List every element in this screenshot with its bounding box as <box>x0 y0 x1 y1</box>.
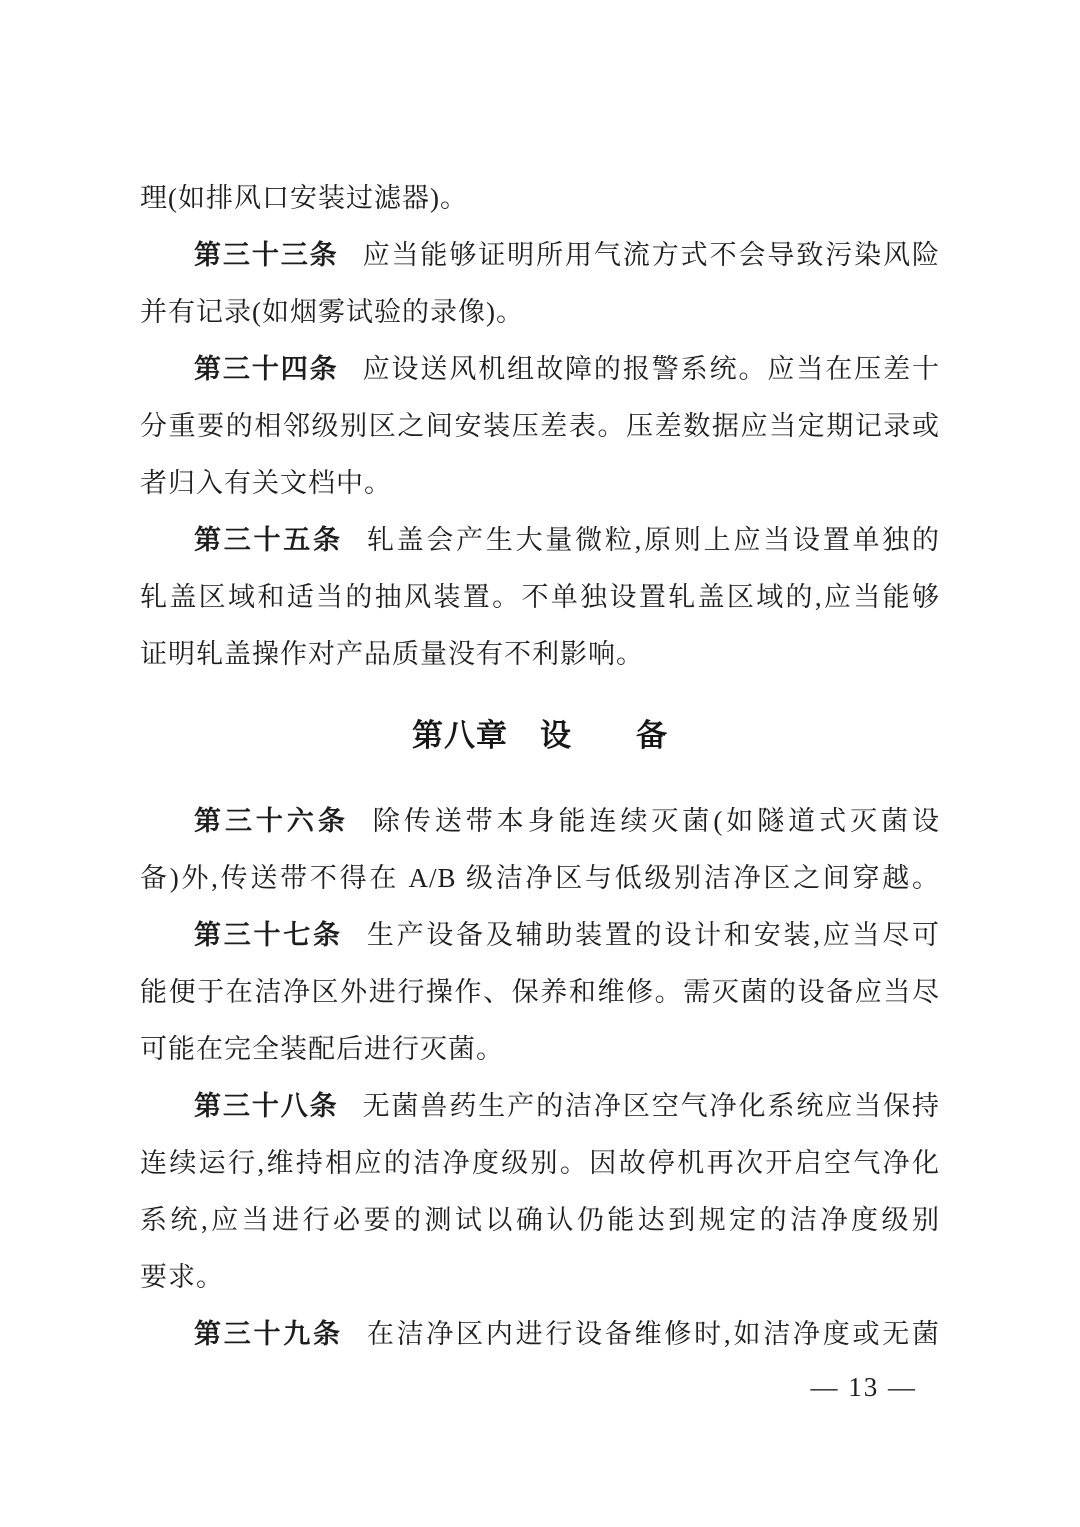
text-line: 要求。 <box>140 1249 940 1306</box>
article-number: 第三十九条 <box>194 1319 343 1349</box>
line-text: 除传送带本身能连续灭菌(如隧道式灭菌设 <box>373 806 940 836</box>
document-page: 理(如排风口安装过滤器)。 第三十三条应当能够证明所用气流方式不会导致污染风险 … <box>0 0 1080 1527</box>
article-37-paragraph: 第三十七条生产设备及辅助装置的设计和安装,应当尽可 能便于在洁净区外进行操作、保… <box>140 907 940 1078</box>
text-line: 第三十九条在洁净区内进行设备维修时,如洁净度或无菌 <box>140 1306 940 1363</box>
article-39-paragraph: 第三十九条在洁净区内进行设备维修时,如洁净度或无菌 <box>140 1306 940 1363</box>
text-line: 系统,应当进行必要的测试以确认仍能达到规定的洁净度级别 <box>140 1192 940 1249</box>
article-38-paragraph: 第三十八条无菌兽药生产的洁净区空气净化系统应当保持 连续运行,维持相应的洁净度级… <box>140 1078 940 1306</box>
text-line: 连续运行,维持相应的洁净度级别。因故停机再次开启空气净化 <box>140 1135 940 1192</box>
text-line: 证明轧盖操作对产品质量没有不利影响。 <box>140 626 940 683</box>
line-text: 应设送风机组故障的报警系统。应当在压差十 <box>363 354 940 384</box>
text-line: 第三十三条应当能够证明所用气流方式不会导致污染风险 <box>140 227 940 284</box>
paragraph-continuation: 理(如排风口安装过滤器)。 <box>140 170 940 227</box>
text-line: 第三十五条轧盖会产生大量微粒,原则上应当设置单独的 <box>140 512 940 569</box>
article-number: 第三十三条 <box>194 240 339 270</box>
text-line: 第三十八条无菌兽药生产的洁净区空气净化系统应当保持 <box>140 1078 940 1135</box>
chapter-heading: 第八章 设 备 <box>140 707 940 764</box>
page-number-footer: — 13 — <box>811 1372 918 1403</box>
text-line: 备)外,传送带不得在 A/B 级洁净区与低级别洁净区之间穿越。 <box>140 850 940 907</box>
article-36-paragraph: 第三十六条除传送带本身能连续灭菌(如隧道式灭菌设 备)外,传送带不得在 A/B … <box>140 793 940 907</box>
line-text: 应当能够证明所用气流方式不会导致污染风险 <box>363 240 940 270</box>
article-number: 第三十六条 <box>194 806 349 836</box>
text-line: 可能在完全装配后进行灭菌。 <box>140 1021 940 1078</box>
article-number: 第三十五条 <box>194 525 343 555</box>
text-line: 第三十七条生产设备及辅助装置的设计和安装,应当尽可 <box>140 907 940 964</box>
article-number: 第三十八条 <box>194 1091 339 1121</box>
article-34-paragraph: 第三十四条应设送风机组故障的报警系统。应当在压差十 分重要的相邻级别区之间安装压… <box>140 341 940 512</box>
text-line: 者归入有关文档中。 <box>140 455 940 512</box>
line-text: 生产设备及辅助装置的设计和安装,应当尽可 <box>367 920 940 950</box>
article-35-paragraph: 第三十五条轧盖会产生大量微粒,原则上应当设置单独的 轧盖区域和适当的抽风装置。不… <box>140 512 940 683</box>
article-33-paragraph: 第三十三条应当能够证明所用气流方式不会导致污染风险 并有记录(如烟雾试验的录像)… <box>140 227 940 341</box>
article-number: 第三十四条 <box>194 354 339 384</box>
line-text: 轧盖会产生大量微粒,原则上应当设置单独的 <box>367 525 940 555</box>
line-text: 无菌兽药生产的洁净区空气净化系统应当保持 <box>363 1091 940 1121</box>
article-number: 第三十七条 <box>194 920 343 950</box>
text-line: 第三十四条应设送风机组故障的报警系统。应当在压差十 <box>140 341 940 398</box>
text-line: 并有记录(如烟雾试验的录像)。 <box>140 284 940 341</box>
line-text: 在洁净区内进行设备维修时,如洁净度或无菌 <box>367 1319 940 1349</box>
text-line: 理(如排风口安装过滤器)。 <box>140 170 940 227</box>
text-line: 第三十六条除传送带本身能连续灭菌(如隧道式灭菌设 <box>140 793 940 850</box>
page-content: 理(如排风口安装过滤器)。 第三十三条应当能够证明所用气流方式不会导致污染风险 … <box>0 0 1080 1363</box>
text-line: 分重要的相邻级别区之间安装压差表。压差数据应当定期记录或 <box>140 398 940 455</box>
text-line: 轧盖区域和适当的抽风装置。不单独设置轧盖区域的,应当能够 <box>140 569 940 626</box>
text-line: 能便于在洁净区外进行操作、保养和维修。需灭菌的设备应当尽 <box>140 964 940 1021</box>
